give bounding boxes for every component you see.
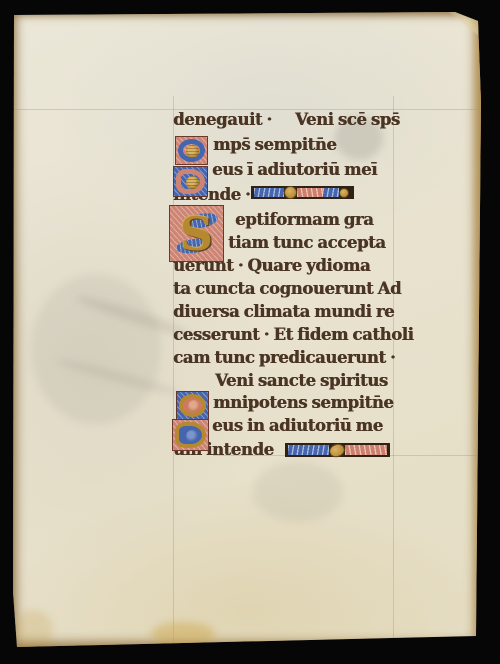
illuminated-initial-o-line13	[176, 391, 209, 420]
text-line-1-catchword: denegauit ·	[173, 110, 272, 130]
initial-d2-center	[186, 430, 198, 442]
deckled-right-edge	[470, 12, 481, 647]
ruling-line-vertical-right	[393, 96, 394, 643]
illuminated-initial-d-line3	[173, 166, 208, 197]
filler1-rose-segment	[297, 188, 323, 197]
line-filler-2	[285, 443, 390, 457]
line-filler-1	[251, 186, 354, 199]
text-line-11: cam tunc predicauerunt ·	[173, 348, 395, 368]
filler2-gold-leaf	[327, 441, 346, 459]
text-line-9: diuersa climata mundi re	[173, 302, 394, 322]
text-line-10: cesserunt · Et fidem catholi	[173, 325, 413, 345]
stain-smudge-lower-center	[253, 462, 343, 522]
illuminated-initial-d-line14	[172, 419, 209, 451]
filler2-blue-segment	[288, 445, 329, 455]
text-line-12-rubric: Veni sancte spiritus	[215, 371, 388, 391]
stain-yellow-bottom	[151, 622, 215, 646]
illuminated-initial-o-line2	[175, 136, 208, 165]
manuscript-page: denegauit · Veni scē sps̄ mps̄ sempitn̄e…	[13, 12, 481, 647]
text-line-5: eptiformam gra	[235, 210, 373, 230]
illuminated-initial-s: S	[169, 205, 224, 262]
text-line-8: ta cuncta cognouerunt Ad	[173, 279, 401, 299]
text-line-1-rubric: Veni scē sps̄	[295, 110, 400, 130]
filler1-gold-disc-2	[339, 188, 349, 198]
text-line-6: tiam tunc accepta	[228, 233, 386, 253]
initial-o-gold-center	[186, 145, 199, 158]
photo-background: denegauit · Veni scē sps̄ mps̄ sempitn̄e…	[0, 0, 500, 664]
filler1-blue-segment	[254, 188, 284, 197]
filler1-gold-disc-1	[284, 186, 297, 199]
text-line-3: eus ī adiutoriū meī	[212, 160, 377, 180]
text-line-14: eus in adiutoriū me	[212, 416, 383, 436]
stain-bottom-left-corner	[13, 610, 53, 650]
filler2-rose-segment	[345, 445, 387, 455]
text-line-2: mps̄ sempitn̄e	[213, 135, 336, 155]
filler1-blue-segment-2	[323, 188, 339, 197]
initial-d-gold-center	[186, 176, 199, 189]
initial-o2-center	[188, 400, 200, 412]
text-line-13: mnipotens sempitn̄e	[213, 393, 393, 413]
stain-smudge-left-margin	[31, 274, 161, 424]
top-right-corner-fold	[449, 12, 481, 38]
initial-s-letter: S	[170, 206, 223, 261]
